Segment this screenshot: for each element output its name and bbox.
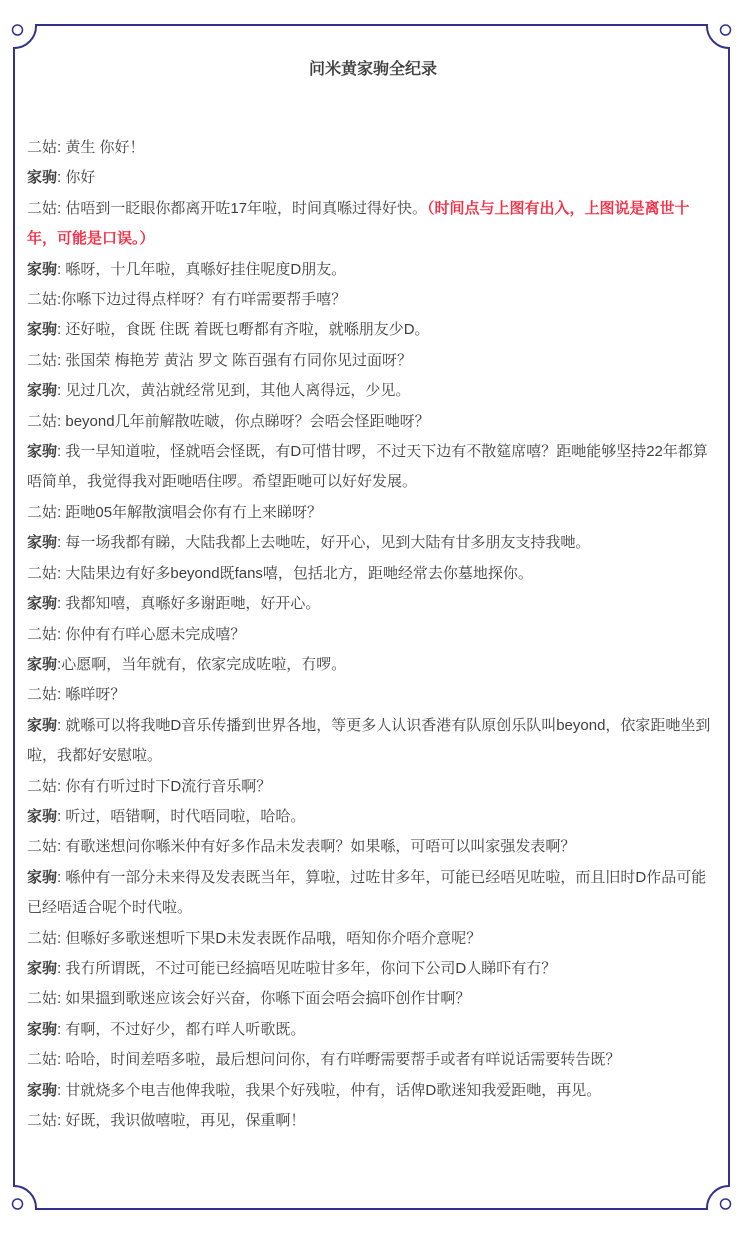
- dialogue-line: 家驹: 有啊，不过好少，都冇咩人听歌既。: [27, 1015, 719, 1045]
- dialogue-text: beyond几年前解散咗啵，你点睇呀？会唔会怪距哋呀？: [65, 413, 429, 430]
- speaker-name: 二姑: [27, 990, 57, 1007]
- dialogue-line: 二姑: 哈哈，时间差唔多啦，最后想问问你，有冇咩嘢需要帮手或者有咩说话需要转告既…: [27, 1045, 719, 1075]
- corner-ring-icon: [13, 25, 23, 35]
- speaker-name: 家驹: [27, 169, 57, 186]
- dialogue-text: 喺仲有一部分未来得及发表既当年，算啦，过咗甘多年，可能已经唔见咗啦，而且旧时D作…: [27, 869, 706, 916]
- dialogue-text: 黄生 你好！: [65, 139, 144, 156]
- speaker-name: 二姑: [27, 413, 57, 430]
- dialogue-text: 你喺下边过得点样呀？有冇咩需要帮手嘻？: [61, 291, 346, 308]
- dialogue-line: 家驹:心愿啊，当年就有，依家完成咗啦，冇啰。: [27, 650, 719, 680]
- dialogue-text: 大陆果边有好多beyond既fans嘻，包括北方，距哋经常去你墓地探你。: [65, 565, 533, 582]
- speaker-name: 二姑: [27, 565, 57, 582]
- dialogue-text: 你仲有冇咩心愿未完成嘻？: [65, 626, 245, 643]
- speaker-name: 二姑: [27, 200, 57, 217]
- dialogue-line: 二姑: 你有冇听过时下D流行音乐啊？: [27, 772, 719, 802]
- corner-ring-icon: [13, 1199, 23, 1209]
- dialogue-text: 我一早知道啦，怪就唔会怪既，有D可惜甘啰，不过天下边有不散筵席嘻？距哋能够坚持2…: [27, 443, 708, 490]
- dialogue-text: 见过几次，黄沾就经常见到，其他人离得远，少见。: [65, 382, 410, 399]
- dialogue-line: 家驹: 你好: [27, 163, 719, 193]
- dialogue-line: 二姑: 张国荣 梅艳芳 黄沾 罗文 陈百强有冇同你见过面呀？: [27, 346, 719, 376]
- speaker-name: 家驹: [27, 534, 57, 551]
- dialogue-line: 二姑: 你仲有冇咩心愿未完成嘻？: [27, 620, 719, 650]
- dialogue-text: 距哋05年解散演唱会你有冇上来睇呀？: [65, 504, 322, 521]
- dialogue-text: 你好: [65, 169, 95, 186]
- dialogue-list: 二姑: 黄生 你好！家驹: 你好二姑: 估唔到一眨眼你都离开咗17年啦，时间真喺…: [27, 133, 719, 1136]
- speaker-name: 二姑: [27, 139, 57, 156]
- dialogue-text: 听过，唔错啊，时代唔同啦，哈哈。: [65, 808, 305, 825]
- dialogue-text: 甘就烧多个电吉他俾我啦，我果个好残啦，仲有，话俾D歌迷知我爱距哋，再见。: [65, 1082, 601, 1099]
- dialogue-line: 二姑: 如果搵到歌迷应该会好兴奋，你喺下面会唔会搞吓创作甘啊？: [27, 984, 719, 1014]
- speaker-name: 二姑: [27, 626, 57, 643]
- dialogue-line: 二姑: 黄生 你好！: [27, 133, 719, 163]
- dialogue-text: 但喺好多歌迷想听下果D未发表既作品哦，唔知你介唔介意呢？: [65, 930, 481, 947]
- corner-ring-icon: [721, 1199, 731, 1209]
- dialogue-line: 家驹: 见过几次，黄沾就经常见到，其他人离得远，少见。: [27, 376, 719, 406]
- dialogue-line: 二姑: beyond几年前解散咗啵，你点睇呀？会唔会怪距哋呀？: [27, 407, 719, 437]
- speaker-name: 家驹: [27, 656, 57, 673]
- dialogue-line: 家驹: 听过，唔错啊，时代唔同啦，哈哈。: [27, 802, 719, 832]
- dialogue-text: 有啊，不过好少，都冇咩人听歌既。: [65, 1021, 305, 1038]
- dialogue-text: 我都知嘻，真喺好多谢距哋，好开心。: [65, 595, 320, 612]
- speaker-name: 家驹: [27, 717, 57, 734]
- dialogue-line: 家驹: 喺呀，十几年啦，真喺好挂住呢度D朋友。: [27, 255, 719, 285]
- page-content: 问米黄家驹全纪录 二姑: 黄生 你好！家驹: 你好二姑: 估唔到一眨眼你都离开咗…: [27, 25, 719, 1136]
- dialogue-text: 就喺可以将我哋D音乐传播到世界各地，等更多人认识香港有队原创乐队叫beyond，…: [27, 717, 710, 764]
- dialogue-text: 如果搵到歌迷应该会好兴奋，你喺下面会唔会搞吓创作甘啊？: [65, 990, 470, 1007]
- speaker-name: 家驹: [27, 261, 57, 278]
- speaker-name: 二姑: [27, 778, 57, 795]
- dialogue-text: 好既，我识做嘻啦，再见，保重啊！: [65, 1112, 305, 1129]
- speaker-name: 家驹: [27, 1082, 57, 1099]
- dialogue-text: 哈哈，时间差唔多啦，最后想问问你，有冇咩嘢需要帮手或者有咩说话需要转告既？: [65, 1051, 620, 1068]
- dialogue-text: 喺呀，十几年啦，真喺好挂住呢度D朋友。: [65, 261, 346, 278]
- speaker-name: 二姑: [27, 686, 57, 703]
- dialogue-text: 我冇所谓既，不过可能已经搞唔见咗啦甘多年，你问下公司D人睇吓有冇？: [65, 960, 556, 977]
- dialogue-text: 心愿啊，当年就有，依家完成咗啦，冇啰。: [61, 656, 346, 673]
- speaker-name: 二姑: [27, 838, 57, 855]
- speaker-name: 二姑: [27, 291, 57, 308]
- dialogue-line: 家驹: 喺仲有一部分未来得及发表既当年，算啦，过咗甘多年，可能已经唔见咗啦，而且…: [27, 863, 719, 924]
- dialogue-line: 二姑: 有歌迷想问你喺米仲有好多作品未发表啊？如果喺，可唔可以叫家强发表啊？: [27, 832, 719, 862]
- speaker-name: 家驹: [27, 382, 57, 399]
- speaker-name: 二姑: [27, 1112, 57, 1129]
- dialogue-text: 喺咩呀？: [65, 686, 125, 703]
- page: { "page": { "title": "问米黄家驹全纪录" }, "colo…: [0, 0, 746, 1234]
- dialogue-line: 家驹: 我一早知道啦，怪就唔会怪既，有D可惜甘啰，不过天下边有不散筵席嘻？距哋能…: [27, 437, 719, 498]
- dialogue-line: 二姑: 但喺好多歌迷想听下果D未发表既作品哦，唔知你介唔介意呢？: [27, 924, 719, 954]
- speaker-name: 家驹: [27, 1021, 57, 1038]
- dialogue-line: 二姑: 距哋05年解散演唱会你有冇上来睇呀？: [27, 498, 719, 528]
- speaker-name: 二姑: [27, 930, 57, 947]
- speaker-name: 家驹: [27, 595, 57, 612]
- dialogue-line: 二姑: 估唔到一眨眼你都离开咗17年啦，时间真喺过得好快。（时间点与上图有出入，…: [27, 194, 719, 255]
- speaker-name: 二姑: [27, 352, 57, 369]
- dialogue-text: 还好啦，食既 住既 着既乜嘢都有齐啦，就喺朋友少D。: [65, 321, 429, 338]
- speaker-name: 家驹: [27, 808, 57, 825]
- dialogue-line: 二姑: 好既，我识做嘻啦，再见，保重啊！: [27, 1106, 719, 1136]
- speaker-name: 二姑: [27, 1051, 57, 1068]
- dialogue-line: 二姑:你喺下边过得点样呀？有冇咩需要帮手嘻？: [27, 285, 719, 315]
- speaker-name: 家驹: [27, 443, 57, 460]
- dialogue-line: 家驹: 还好啦，食既 住既 着既乜嘢都有齐啦，就喺朋友少D。: [27, 315, 719, 345]
- dialogue-text: 有歌迷想问你喺米仲有好多作品未发表啊？如果喺，可唔可以叫家强发表啊？: [65, 838, 575, 855]
- speaker-name: 家驹: [27, 321, 57, 338]
- dialogue-line: 家驹: 就喺可以将我哋D音乐传播到世界各地，等更多人认识香港有队原创乐队叫bey…: [27, 711, 719, 772]
- dialogue-line: 二姑: 大陆果边有好多beyond既fans嘻，包括北方，距哋经常去你墓地探你。: [27, 559, 719, 589]
- dialogue-line: 家驹: 我都知嘻，真喺好多谢距哋，好开心。: [27, 589, 719, 619]
- dialogue-line: 家驹: 我冇所谓既，不过可能已经搞唔见咗啦甘多年，你问下公司D人睇吓有冇？: [27, 954, 719, 984]
- speaker-name: 二姑: [27, 504, 57, 521]
- corner-ring-icon: [721, 25, 731, 35]
- dialogue-text: 估唔到一眨眼你都离开咗17年啦，时间真喺过得好快。: [65, 200, 427, 217]
- page-title: 问米黄家驹全纪录: [27, 59, 719, 81]
- speaker-name: 家驹: [27, 960, 57, 977]
- dialogue-line: 家驹: 每一场我都有睇，大陆我都上去哋咗，好开心，见到大陆有甘多朋友支持我哋。: [27, 528, 719, 558]
- dialogue-text: 每一场我都有睇，大陆我都上去哋咗，好开心，见到大陆有甘多朋友支持我哋。: [65, 534, 590, 551]
- dialogue-text: 张国荣 梅艳芳 黄沾 罗文 陈百强有冇同你见过面呀？: [65, 352, 412, 369]
- dialogue-line: 家驹: 甘就烧多个电吉他俾我啦，我果个好残啦，仲有，话俾D歌迷知我爱距哋，再见。: [27, 1076, 719, 1106]
- speaker-name: 家驹: [27, 869, 57, 886]
- dialogue-text: 你有冇听过时下D流行音乐啊？: [65, 778, 271, 795]
- dialogue-line: 二姑: 喺咩呀？: [27, 680, 719, 710]
